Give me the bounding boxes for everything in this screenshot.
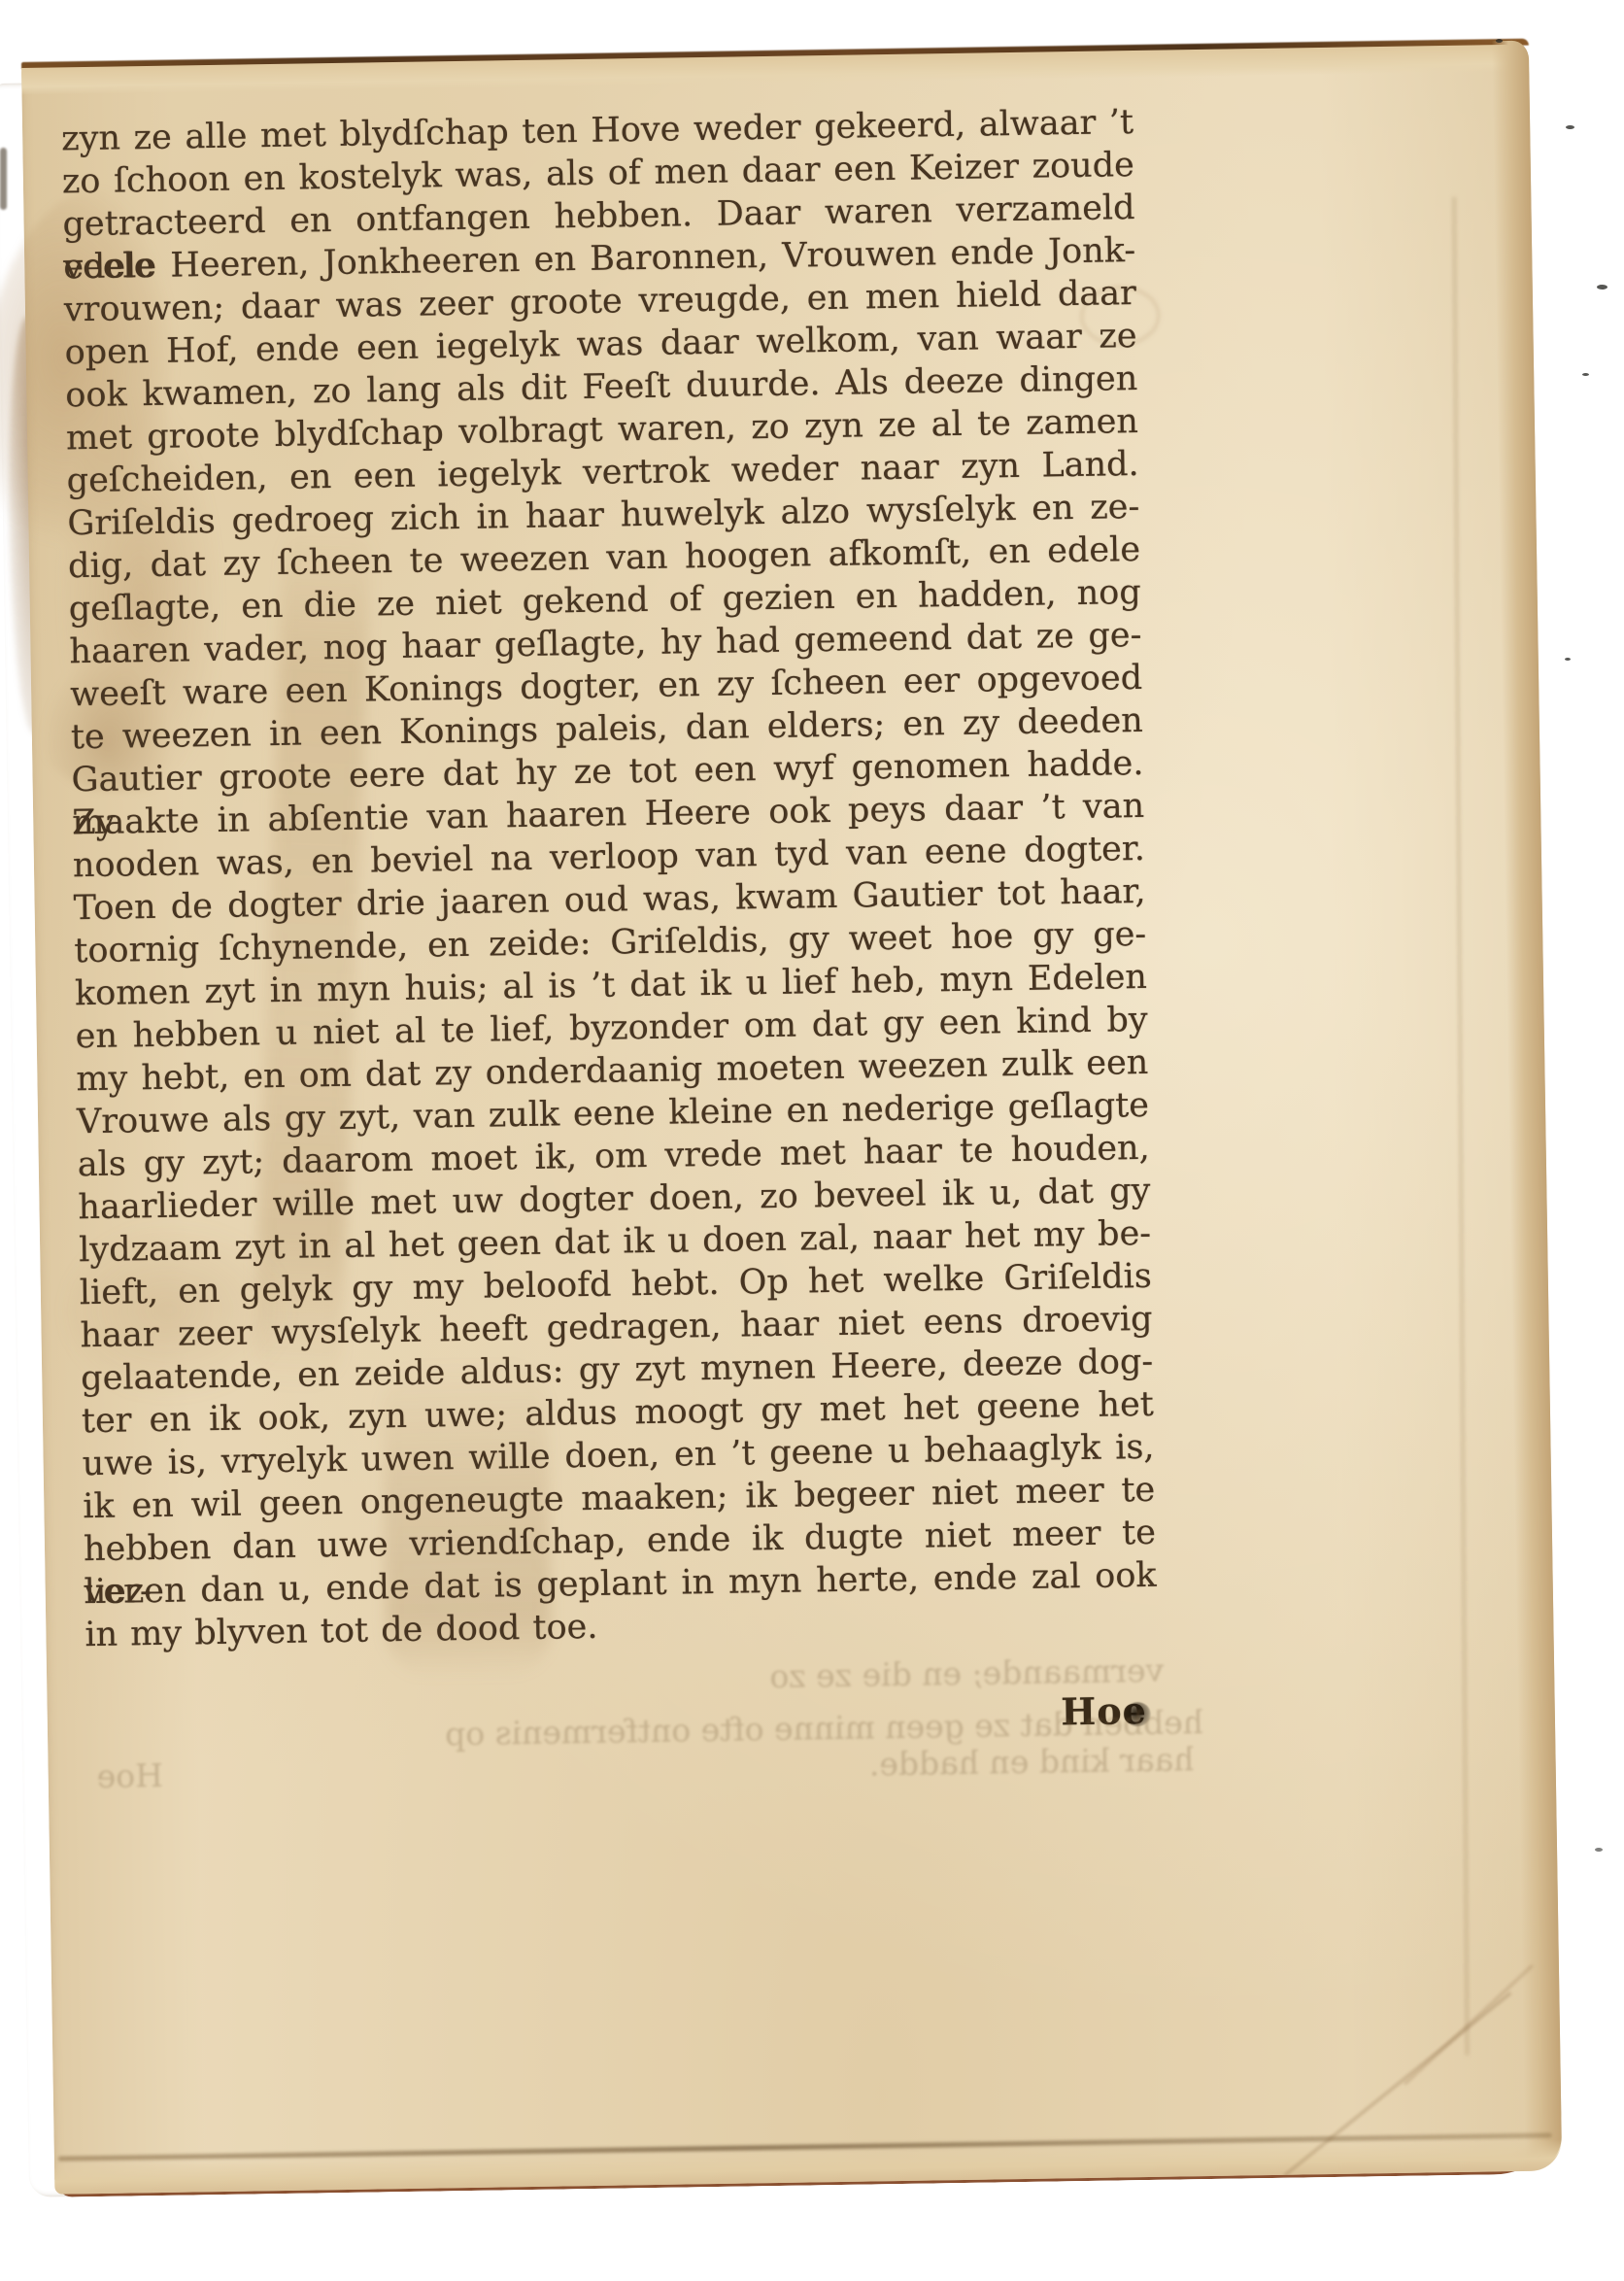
scan-speck	[1496, 39, 1503, 43]
binding-shadow	[0, 148, 7, 210]
scan-speck	[1566, 125, 1574, 129]
scanned-book-page: zyn ze alle met blydſchap ten Hove weder…	[0, 0, 1624, 2281]
bleedthrough-catchword: Hoe	[96, 1756, 163, 1795]
scan-speck	[1595, 1848, 1603, 1852]
scan-speck	[1597, 285, 1607, 289]
scan-speck	[1582, 373, 1589, 376]
dogear-crease	[1404, 1964, 1534, 2086]
fold-crease	[1453, 197, 1469, 2056]
scan-speck	[1565, 658, 1571, 661]
page-right-deckle-edge	[1492, 41, 1562, 2171]
text-block: zyn ze alle met blydſchap ten Hove weder…	[61, 101, 1158, 1656]
book-page: zyn ze alle met blydſchap ten Hove weder…	[21, 41, 1562, 2197]
bleedthrough-text: haar kind en hadde.	[869, 1740, 1195, 1783]
